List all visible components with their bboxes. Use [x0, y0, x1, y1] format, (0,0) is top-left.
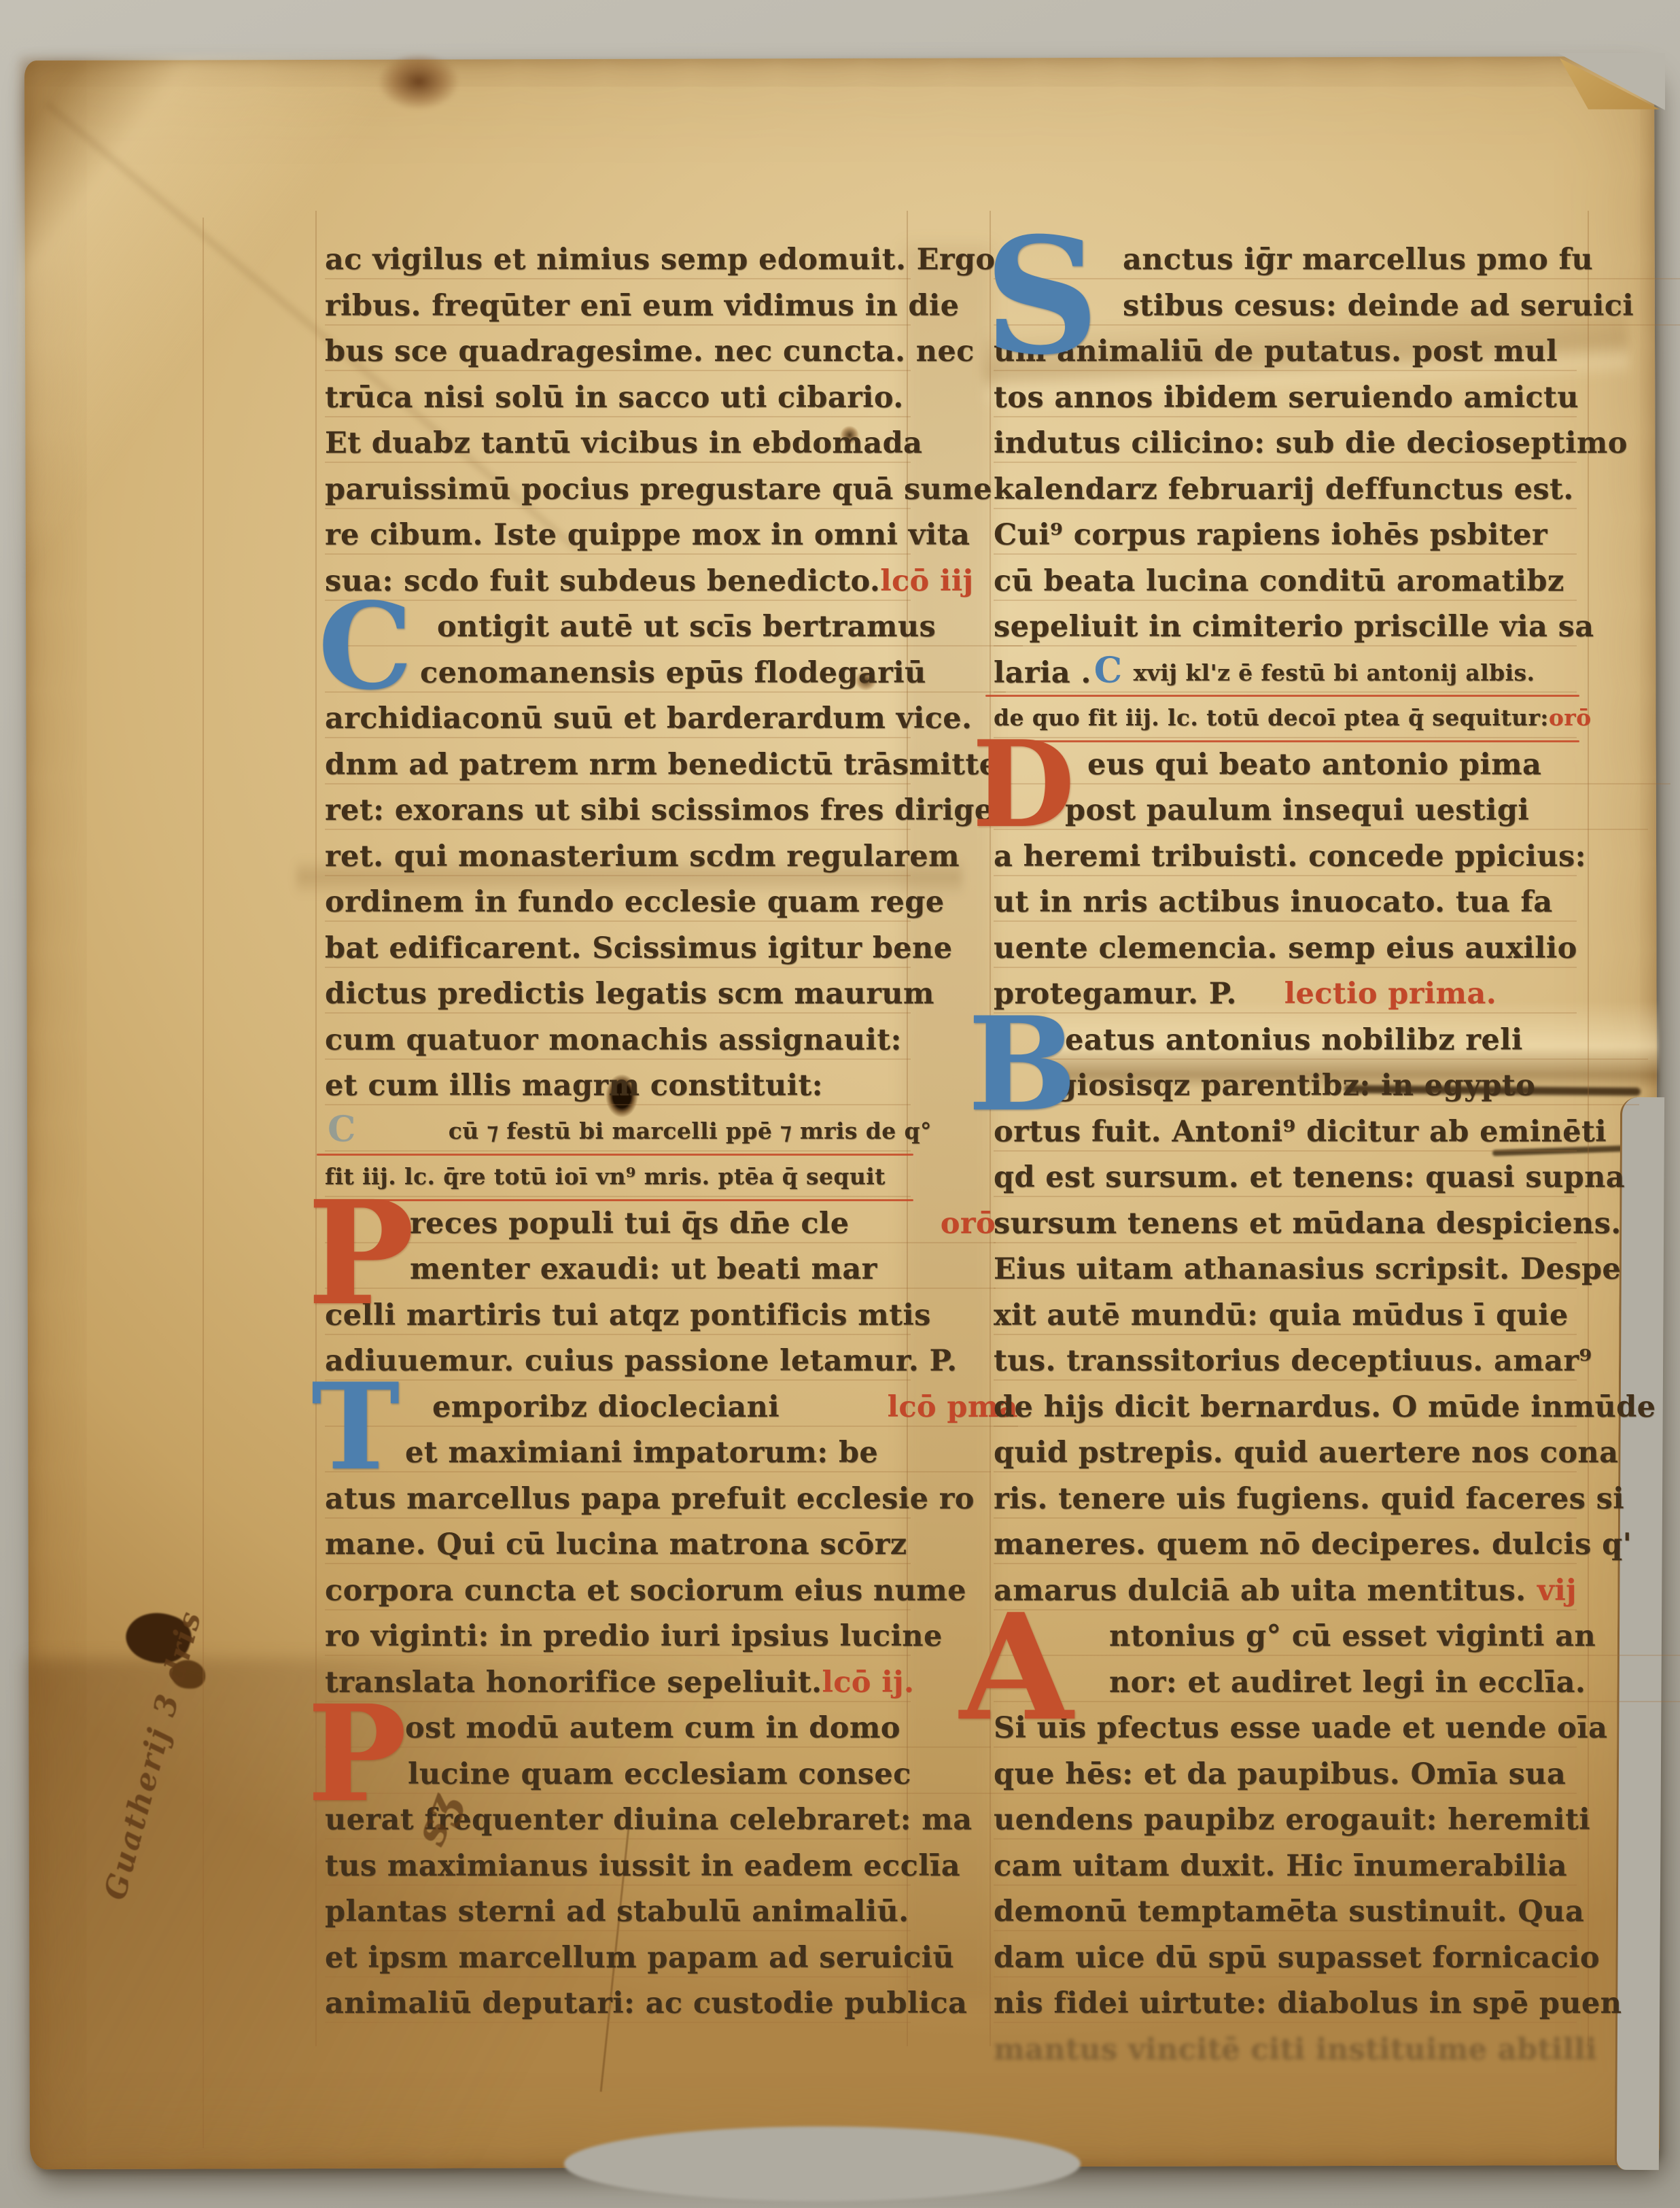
line-text: ac vigilus et nimius semp edomuit. Ergo — [325, 241, 995, 279]
text-line: kalendarz februarij deffunctus est. — [994, 470, 1577, 517]
text-line: qd est sursum. et tenens: quasi supna — [994, 1158, 1577, 1205]
line-text: de hijs dicit bernardus. O mūde inmūde — [994, 1388, 1656, 1426]
line-text: xit autē mundū: quia mūdus ī quie — [994, 1296, 1569, 1334]
text-line: sursum tenens et mūdana despiciens. — [994, 1205, 1577, 1251]
text-line: archidiaconū suū et barderardum vice. — [325, 700, 911, 746]
text-line: demonū temptamēta sustinuit. Qua — [994, 1893, 1577, 1939]
line-text: mantus vincitē citi instituime abtilli — [994, 2031, 1597, 2069]
text-line: ost modū autem cum in domo — [325, 1709, 991, 1755]
line-text: celli martiris tui atqz pontificis mtis — [325, 1296, 931, 1334]
text-line: sua: scdo fuit subdeus benedicto.lcō iij — [325, 562, 911, 608]
text-line: Si uis pfectus esse uade et uende oīa — [994, 1709, 1577, 1755]
line-text: et cum illis magrm constituit: — [325, 1067, 823, 1105]
text-line: eus qui beato antonio pima — [994, 746, 1670, 792]
line-text: anctus iḡr marcellus pmo fu — [1123, 241, 1593, 279]
text-line: cam uitam duxit. Hic īnumerabilia — [994, 1847, 1577, 1893]
line-text: xvij kl'z ē festū bi antonij albis. — [1134, 654, 1535, 692]
line-text: maneres. quem nō deciperes. dulcis q' — [994, 1525, 1632, 1564]
line-text: archidiaconū suū et barderardum vice. — [325, 700, 972, 738]
line-text: Cui⁹ corpus rapiens iohēs psbiter — [994, 516, 1547, 554]
text-line: Et duabz tantū vicibus in ebdomada — [325, 424, 911, 470]
text-line: re cibum. Iste quippe mox in omni vita — [325, 516, 911, 562]
line-text: giosisqz parentibz: in egypto — [1056, 1067, 1535, 1105]
line-text: cū beata lucina conditū aromatibz — [994, 562, 1564, 600]
text-line: reces populi tui q̄s dn̄e cleorō — [325, 1205, 996, 1251]
text-line: dnm ad patrem nrm benedictū trāsmitte — [325, 746, 911, 792]
line-text: re cibum. Iste quippe mox in omni vita — [325, 516, 970, 554]
line-text: ribus. freqūter enī eum vidimus in die — [325, 287, 959, 325]
text-line: post paulum insequi uestigi — [994, 791, 1648, 838]
line-text: qd est sursum. et tenens: quasi supna — [994, 1158, 1625, 1196]
line-text: plantas sterni ad stabulū animaliū. — [325, 1893, 909, 1931]
text-line: nor: et audiret legi in ecclīa. — [994, 1663, 1680, 1710]
line-text: dnm ad patrem nrm benedictū trāsmitte — [325, 746, 998, 784]
text-line: paruissimū pocius pregustare quā sume — [325, 470, 911, 517]
rubric-line: de quo fit iij. lc. totū decoī ptea q̄ s… — [994, 700, 1577, 746]
text-line: bus sce quadragesime. nec cuncta. nec — [325, 332, 911, 379]
line-text: et maximiani impatorum: be — [405, 1434, 878, 1472]
line-text: eatus antonius nobilibz reli — [1065, 1021, 1523, 1059]
text-line: que hēs: et da paupibus. Omīa sua — [994, 1755, 1577, 1801]
text-line: mane. Qui cū lucina matrona scōrz — [325, 1525, 911, 1572]
line-text: paruissimū pocius pregustare quā sume — [325, 470, 992, 508]
text-line: maneres. quem nō deciperes. dulcis q' — [994, 1525, 1577, 1572]
line-text: nis fidei uirtute: diabolus in spē puen — [994, 1984, 1622, 2022]
text-line: amarus dulciā ab uita mentitus.vij — [994, 1572, 1577, 1618]
text-line: ris. tenere uis fugiens. quid faceres si — [994, 1480, 1577, 1526]
rubric-line: Ccū ⁊ festū bi marcelli ppē ⁊ mris de q° — [325, 1113, 911, 1159]
line-text: dictus predictis legatis scm maurum — [325, 975, 934, 1013]
text-line: ortus fuit. Antoni⁹ dicitur ab eminēti — [994, 1113, 1577, 1159]
text-line: protegamur. P.lectio prima. — [994, 975, 1577, 1021]
text-line: trūca nisi solū in sacco uti cibario. — [325, 379, 911, 425]
text-line: uente clemencia. semp eius auxilio — [994, 929, 1577, 976]
line-text: stibus cesus: deinde ad seruici — [1123, 287, 1634, 325]
line-text: laria . — [994, 654, 1091, 692]
illuminated-initial-P: P — [307, 1195, 415, 1312]
illuminated-initial-A: A — [960, 1608, 1073, 1727]
text-line: Eius uitam athanasius scripsit. Despe — [994, 1250, 1577, 1296]
text-line: ac vigilus et nimius semp edomuit. Ergo — [325, 241, 911, 287]
illuminated-initial-D: D — [972, 736, 1075, 834]
line-text: adiuuemur. cuius passione letamur. P. — [325, 1342, 958, 1380]
line-text: lucine quam ecclesiam consec — [408, 1755, 911, 1793]
text-line: translata honorifice sepeliuit.lcō ij. — [325, 1663, 911, 1710]
line-text: que hēs: et da paupibus. Omīa sua — [994, 1755, 1566, 1793]
text-line: ut in nris actibus inuocato. tua fa — [994, 883, 1577, 929]
line-text: atus marcellus papa prefuit ecclesie ro — [325, 1480, 975, 1518]
illuminated-initial-C: C — [318, 598, 413, 696]
line-text: indutus cilicino: sub die decioseptimo — [994, 424, 1628, 462]
illuminated-initial-T: T — [311, 1379, 400, 1477]
line-text: dam uice dū spū supasset fornicacio — [994, 1939, 1600, 1977]
text-line: tus. transsitorius deceptiuus. amar⁹ — [994, 1342, 1577, 1388]
text-line: laria .Cxvij kl'z ē festū bi antonij alb… — [994, 654, 1577, 700]
line-text: cenomanensis epūs flodegariū — [420, 654, 926, 692]
text-line: et ipsm marcellum papam ad seruiciū — [325, 1939, 911, 1985]
rubric-red-text: orō — [941, 1205, 996, 1243]
line-text: ortus fuit. Antoni⁹ dicitur ab eminēti — [994, 1113, 1607, 1151]
line-text: bus sce quadragesime. nec cuncta. nec — [325, 332, 975, 370]
line-text: ntonius g° cū esset viginti an — [1109, 1617, 1596, 1655]
text-line: corpora cuncta et sociorum eius nume — [325, 1572, 911, 1618]
line-text: ontigit autē ut scīs bertramus — [437, 608, 936, 646]
line-text: de quo fit iij. lc. totū decoī ptea q̄ s… — [994, 700, 1549, 736]
text-line: ret. qui monasterium scdm regularem — [325, 838, 911, 884]
line-text: et ipsm marcellum papam ad seruiciū — [325, 1939, 954, 1977]
text-line: nis fidei uirtute: diabolus in spē puen — [994, 1984, 1577, 2031]
text-line: ntonius g° cū esset viginti an — [994, 1617, 1680, 1663]
line-text: nor: et audiret legi in ecclīa. — [1109, 1663, 1586, 1702]
text-line: dictus predictis legatis scm maurum — [325, 975, 911, 1021]
text-line: bat edificarent. Scissimus igitur bene — [325, 929, 911, 976]
text-line: ontigit autē ut scīs bertramus — [325, 608, 1023, 654]
line-text: ost modū autem cum in domo — [405, 1709, 900, 1747]
rubric-red-text: lcō iij — [880, 562, 973, 600]
line-text: Et duabz tantū vicibus in ebdomada — [325, 424, 922, 462]
text-line: menter exaudi: ut beati mar — [325, 1250, 996, 1296]
text-line: giosisqz parentibz: in egypto — [994, 1067, 1639, 1113]
line-text: cū ⁊ festū bi marcelli ppē ⁊ mris de q° — [449, 1113, 932, 1150]
illuminated-initial-S: S — [984, 231, 1100, 362]
line-text: uente clemencia. semp eius auxilio — [994, 929, 1577, 967]
line-text: mane. Qui cū lucina matrona scōrz — [325, 1525, 907, 1564]
text-line: dam uice dū spū supasset fornicacio — [994, 1939, 1577, 1985]
line-text: tus maximianus iussit in eadem ecclīa — [325, 1847, 960, 1885]
line-text: tus. transsitorius deceptiuus. amar⁹ — [994, 1342, 1592, 1380]
text-line: atus marcellus papa prefuit ecclesie ro — [325, 1480, 911, 1526]
text-line: ro viginti: in predio iuri ipsius lucine — [325, 1617, 911, 1663]
text-line: tus maximianus iussit in eadem ecclīa — [325, 1847, 911, 1893]
line-text: corpora cuncta et sociorum eius nume — [325, 1572, 966, 1610]
line-text: ret: exorans ut sibi scissimos fres diri… — [325, 791, 994, 829]
line-text: eus qui beato antonio pima — [1087, 746, 1541, 784]
line-text: bat edificarent. Scissimus igitur bene — [325, 929, 952, 967]
line-text: ris. tenere uis fugiens. quid faceres si — [994, 1480, 1624, 1518]
text-line: ribus. freqūter enī eum vidimus in die — [325, 287, 911, 333]
text-line: a heremi tribuisti. concede ppicius: — [994, 838, 1577, 884]
line-text: ro viginti: in predio iuri ipsius lucine — [325, 1617, 943, 1655]
line-text: sepeliuit in cimiterio priscille via sa — [994, 608, 1594, 646]
line-text: menter exaudi: ut beati mar — [410, 1250, 877, 1288]
illuminated-initial-P: P — [307, 1700, 407, 1808]
line-text: reces populi tui q̄s dn̄e cle — [410, 1205, 849, 1243]
line-text: uendens paupibz erogauit: heremiti — [994, 1801, 1590, 1839]
text-line: emporibz dioclecianilcō pma — [325, 1388, 1018, 1434]
line-text: kalendarz februarij deffunctus est. — [994, 470, 1574, 508]
line-text: post paulum insequi uestigi — [1065, 791, 1529, 829]
text-line: uendens paupibz erogauit: heremiti — [994, 1801, 1577, 1847]
line-text: cum quatuor monachis assignauit: — [325, 1021, 902, 1059]
rubric-red-text: lectio prima. — [1284, 975, 1497, 1013]
ghost-showthrough-line: mantus vincitē citi instituime abtilli — [994, 2031, 1577, 2077]
manuscript-text-block: ac vigilus et nimius semp edomuit. Ergor… — [0, 0, 1680, 2208]
text-line: cū beata lucina conditū aromatibz — [994, 562, 1577, 608]
rubric-red-text: vij — [1537, 1572, 1577, 1610]
text-line: plantas sterni ad stabulū animaliū. — [325, 1893, 911, 1939]
line-text: ordinem in fundo ecclesie quam rege — [325, 883, 945, 921]
text-line: cum quatuor monachis assignauit: — [325, 1021, 911, 1067]
text-line: xit autē mundū: quia mūdus ī quie — [994, 1296, 1577, 1343]
text-line: sepeliuit in cimiterio priscille via sa — [994, 608, 1577, 654]
rubric-red-text: orō — [1549, 700, 1592, 736]
line-text: trūca nisi solū in sacco uti cibario. — [325, 379, 904, 417]
text-line: Cui⁹ corpus rapiens iohēs psbiter — [994, 516, 1577, 562]
paragraph-mark: C — [1094, 654, 1123, 688]
text-line: de hijs dicit bernardus. O mūde inmūde — [994, 1388, 1577, 1434]
line-text: animaliū deputari: ac custodie publica — [325, 1984, 967, 2022]
line-text: Eius uitam athanasius scripsit. Despe — [994, 1250, 1621, 1288]
text-line: et maximiani impatorum: be — [325, 1434, 991, 1480]
text-line: quid pstrepis. quid auertere nos cona — [994, 1434, 1577, 1480]
line-text: Si uis pfectus esse uade et uende oīa — [994, 1709, 1607, 1747]
line-text: amarus dulciā ab uita mentitus. — [994, 1572, 1526, 1610]
line-text: cam uitam duxit. Hic īnumerabilia — [994, 1847, 1567, 1885]
text-line: animaliū deputari: ac custodie publica — [325, 1984, 911, 2031]
line-text: quid pstrepis. quid auertere nos cona — [994, 1434, 1618, 1472]
line-text: a heremi tribuisti. concede ppicius: — [994, 838, 1586, 876]
line-text: emporibz diocleciani — [432, 1388, 780, 1426]
text-line: adiuuemur. cuius passione letamur. P. — [325, 1342, 911, 1388]
text-line: cenomanensis epūs flodegariū — [325, 654, 1006, 700]
line-text: ret. qui monasterium scdm regularem — [325, 838, 960, 876]
text-line: indutus cilicino: sub die decioseptimo — [994, 424, 1577, 470]
text-line: ordinem in fundo ecclesie quam rege — [325, 883, 911, 929]
line-text: demonū temptamēta sustinuit. Qua — [994, 1893, 1584, 1931]
text-line: et cum illis magrm constituit: — [325, 1067, 911, 1113]
illuminated-initial-B: B — [968, 1012, 1077, 1118]
text-line: eatus antonius nobilibz reli — [994, 1021, 1648, 1067]
line-text: sursum tenens et mūdana despiciens. — [994, 1205, 1622, 1243]
rubric-red-text: lcō ij. — [822, 1663, 914, 1702]
line-text: ut in nris actibus inuocato. tua fa — [994, 883, 1552, 921]
paragraph-mark: C — [328, 1113, 356, 1147]
text-line: ret: exorans ut sibi scissimos fres diri… — [325, 791, 911, 838]
